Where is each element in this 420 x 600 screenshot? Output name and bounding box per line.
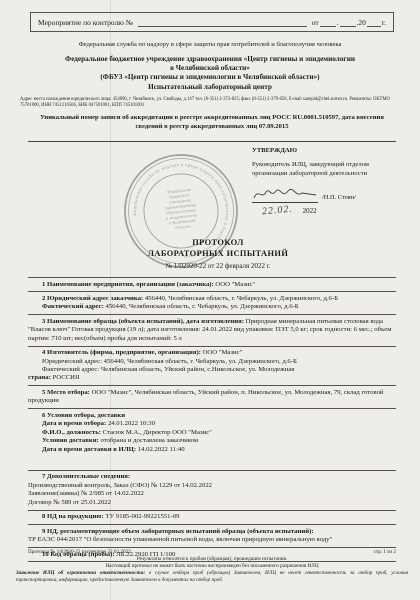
stamp-center-line-8: области» — [174, 223, 191, 230]
organization-header: Федеральное бюджетное учреждение здравоо… — [0, 55, 420, 92]
section-4-sub1-label: Юридический адрес: — [42, 358, 102, 365]
control-event-label: Мероприятие по контролю № — [38, 18, 133, 27]
control-year-blank — [367, 17, 381, 27]
section-7-label: 7 Дополнительные сведения: — [42, 473, 130, 480]
section-6-row2-value: Стасюк М.А., Директор ООО "Мазис" — [103, 429, 212, 436]
section-2-legal-line: 2 Юридический адрес заказчика: 456440, Ч… — [28, 295, 396, 303]
section-6-row2: Ф.И.О., должность: Стасюк М.А., Директор… — [28, 429, 396, 437]
section-6-row3-label: Условия доставки: — [42, 437, 99, 444]
section-6-row4-value: 14.02.2022 11:40 — [138, 446, 185, 453]
section-9-value: ТР ЕАЭС 044/2017 "О безопасности упакова… — [28, 536, 396, 544]
section-6-row2-label: Ф.И.О., должность: — [42, 429, 101, 436]
section-2-label: 2 Юридический адрес заказчика: — [42, 295, 143, 302]
section-4-value: ООО "Мазис" — [203, 349, 243, 356]
section-7-line2: Заявление(заявка) № 2/985 от 14.02.2022 — [28, 490, 396, 498]
section-3-line: 3 Наименование образца (объекта испытани… — [28, 318, 396, 343]
section-4-line: 4 Изготовитель (фирма, предприятие, орга… — [28, 349, 396, 357]
section-6-row1-label: Дата и время отбора: — [42, 420, 106, 427]
control-year-prefix: .20 — [357, 18, 366, 27]
org-test-center-name: Испытательный лабораторный центр — [0, 83, 420, 92]
accreditation-record: Уникальный номер записи об аккредитации … — [36, 114, 388, 132]
lab-protocol-scan-page: Мероприятие по контролю № от . .20 г. Фе… — [0, 0, 420, 600]
section-8-line: 8 НД на продукцию: ТУ 9185-002-99221551-… — [28, 513, 396, 521]
footer-note-reproduction: Настоящий протокол не может быть частичн… — [28, 563, 396, 570]
section-6-row3-value: отобрана и доставлена заказчиком — [100, 437, 198, 444]
section-2-value: 456440, Челябинская область, г. Чебаркул… — [145, 295, 338, 302]
section-4-legal-line: Юридический адрес: 456440, Челябинская о… — [28, 358, 396, 366]
signature-row: /Н.П. Стоян/ — [252, 186, 407, 203]
section-product-standard: 8 НД на продукцию: ТУ 9185-002-99221551-… — [28, 511, 396, 525]
footer-note-results: Результаты относятся к пробам (образцам)… — [28, 556, 396, 563]
section-6-header: 6 Условия отбора, доставки — [28, 412, 396, 420]
org-name-line1: Федеральное бюджетное учреждение здравоо… — [0, 55, 420, 64]
section-6-row3: Условия доставки: отобрана и доставлена … — [28, 437, 396, 445]
section-2-label2: Фактический адрес: — [42, 303, 104, 310]
approval-year: 2022 — [303, 207, 317, 215]
protocol-title-block: ПРОТОКОЛ ЛАБОРАТОРНЫХ ИСПЫТАНИЙ № 1/0292… — [30, 237, 406, 270]
section-4-sub1-value: 456440, Челябинская область, г. Чебаркул… — [104, 358, 297, 365]
section-test-regulations: 9 НД, регламентирующие объем лабораторны… — [28, 525, 396, 548]
section-6-row1: Дата и время отбора: 24.01.2022 10:30 — [28, 420, 396, 428]
section-1-line: 1 Наименование предприятия, организации … — [28, 281, 396, 289]
org-address-requisites: Адрес места нахождения юридического лица… — [20, 97, 404, 109]
section-6-row4: Дата и время доставки в ИЛЦ: 14.02.2022 … — [28, 446, 396, 454]
section-6-row1-value: 24.01.2022 10:30 — [108, 420, 155, 427]
footer-disclaimer: Заявление ИЛЦ об ограничении ответственн… — [16, 570, 408, 584]
control-dot: . — [337, 18, 339, 27]
protocol-title-line1: ПРОТОКОЛ — [30, 237, 406, 248]
section-sampling-conditions: 6 Условия отбора, доставки Дата и время … — [28, 409, 396, 471]
control-month-blank — [340, 17, 356, 27]
approver-name: /Н.П. Стоян/ — [322, 193, 356, 202]
control-number-blank — [138, 17, 307, 27]
footer-page-number: стр. 1 из 2 — [374, 549, 396, 556]
approval-block: УТВЕРЖДАЮ Руководитель ИЛЦ, заведующий о… — [252, 146, 407, 218]
section-9-label: 9 НД, регламентирующие объем лабораторны… — [42, 528, 314, 535]
control-day-blank — [320, 17, 336, 27]
section-3-label: 3 Наименование образца (объекта испытани… — [42, 318, 244, 325]
org-abbreviation: (ФБУЗ «Центр гигиены и эпидемиологии в Ч… — [0, 73, 420, 82]
section-customer-address: 2 Юридический адрес заказчика: 456440, Ч… — [28, 292, 396, 315]
section-8-value: ТУ 9185-002-99221551-09 — [105, 513, 179, 520]
footer-meta-row: Протокол № 1/02920-22 распечатан 22.02.2… — [28, 549, 396, 556]
section-6-label: 6 Условия отбора, доставки — [42, 412, 125, 419]
handwritten-date: 22.02. — [261, 202, 293, 219]
section-sampling-place: 5 Место отбора: ООО "Мазис", Челябинская… — [28, 386, 396, 409]
approval-title: УТВЕРЖДАЮ — [252, 146, 407, 156]
section-9-header: 9 НД, регламентирующие объем лабораторны… — [28, 528, 396, 536]
protocol-number-date: № 1/02920-22 от 22 февраля 2022 г. — [30, 262, 406, 270]
control-event-box: Мероприятие по контролю № от . .20 г. — [30, 12, 394, 32]
header-divider — [28, 141, 396, 142]
section-8-label: 8 НД на продукцию: — [42, 513, 104, 520]
section-4-sub2-value: Челябинская область, Уйский район, с.Ник… — [101, 366, 295, 373]
section-manufacturer: 4 Изготовитель (фирма, предприятие, орга… — [28, 347, 396, 387]
section-4-country-label: страна: — [28, 374, 51, 381]
footer-disclaimer-label: Заявление ИЛЦ об ограничении ответственн… — [16, 570, 145, 576]
section-4-label: 4 Изготовитель (фирма, предприятие, орга… — [42, 349, 201, 356]
approval-role-line2: организации лабораторной деятельности — [252, 169, 407, 179]
control-from-label: от — [312, 18, 319, 27]
section-6-row4-label: Дата и время доставки в ИЛЦ: — [42, 446, 136, 453]
org-name-line2: в Челябинской области» — [0, 64, 420, 73]
protocol-sections: 1 Наименование предприятия, организации … — [28, 277, 396, 562]
section-sample-name: 3 Наименование образца (объекта испытани… — [28, 315, 396, 346]
approval-role-line1: Руководитель ИЛЦ, заведующий отделом — [252, 160, 407, 170]
section-7-line3: Договор № 589 от 25.01.2022 — [28, 499, 396, 507]
protocol-title-line2: ЛАБОРАТОРНЫХ ИСПЫТАНИЙ — [30, 248, 406, 259]
signature-scrawl — [252, 186, 318, 203]
section-customer-name: 1 Наименование предприятия, организации … — [28, 278, 396, 292]
control-year-suffix: г. — [382, 18, 386, 27]
section-1-label: 1 Наименование предприятия, организации … — [42, 281, 214, 288]
section-5-label: 5 Место отбора: — [42, 389, 90, 396]
section-7-line1: Производственный контроль, Заказ (СФО) №… — [28, 482, 396, 490]
page-footer: Протокол № 1/02920-22 распечатан 22.02.2… — [28, 549, 396, 584]
section-7-header: 7 Дополнительные сведения: — [28, 473, 396, 481]
approval-date-row: 22.02. 2022 — [262, 204, 407, 219]
section-4-country-line: страна: РОССИЯ — [28, 374, 396, 382]
section-4-country-value: РОССИЯ — [53, 374, 80, 381]
section-4-actual-line: Фактический адрес: Челябинская область, … — [28, 366, 396, 374]
section-2-actual-line: Фактический адрес: 456440, Челябинская о… — [28, 303, 396, 311]
section-5-line: 5 Место отбора: ООО "Мазис", Челябинская… — [28, 389, 396, 406]
section-additional-info: 7 Дополнительные сведения: Производствен… — [28, 471, 396, 511]
federal-service-line: Федеральная служба по надзору в сфере за… — [0, 41, 420, 48]
section-1-value: ООО "Мазис" — [215, 281, 255, 288]
section-4-sub2-label: Фактический адрес: — [42, 366, 99, 373]
footer-protocol-printed: Протокол № 1/02920-22 распечатан 22.02.2… — [28, 549, 131, 556]
section-2-value2: 456440, Челябинская область, г. Чебаркул… — [105, 303, 298, 310]
